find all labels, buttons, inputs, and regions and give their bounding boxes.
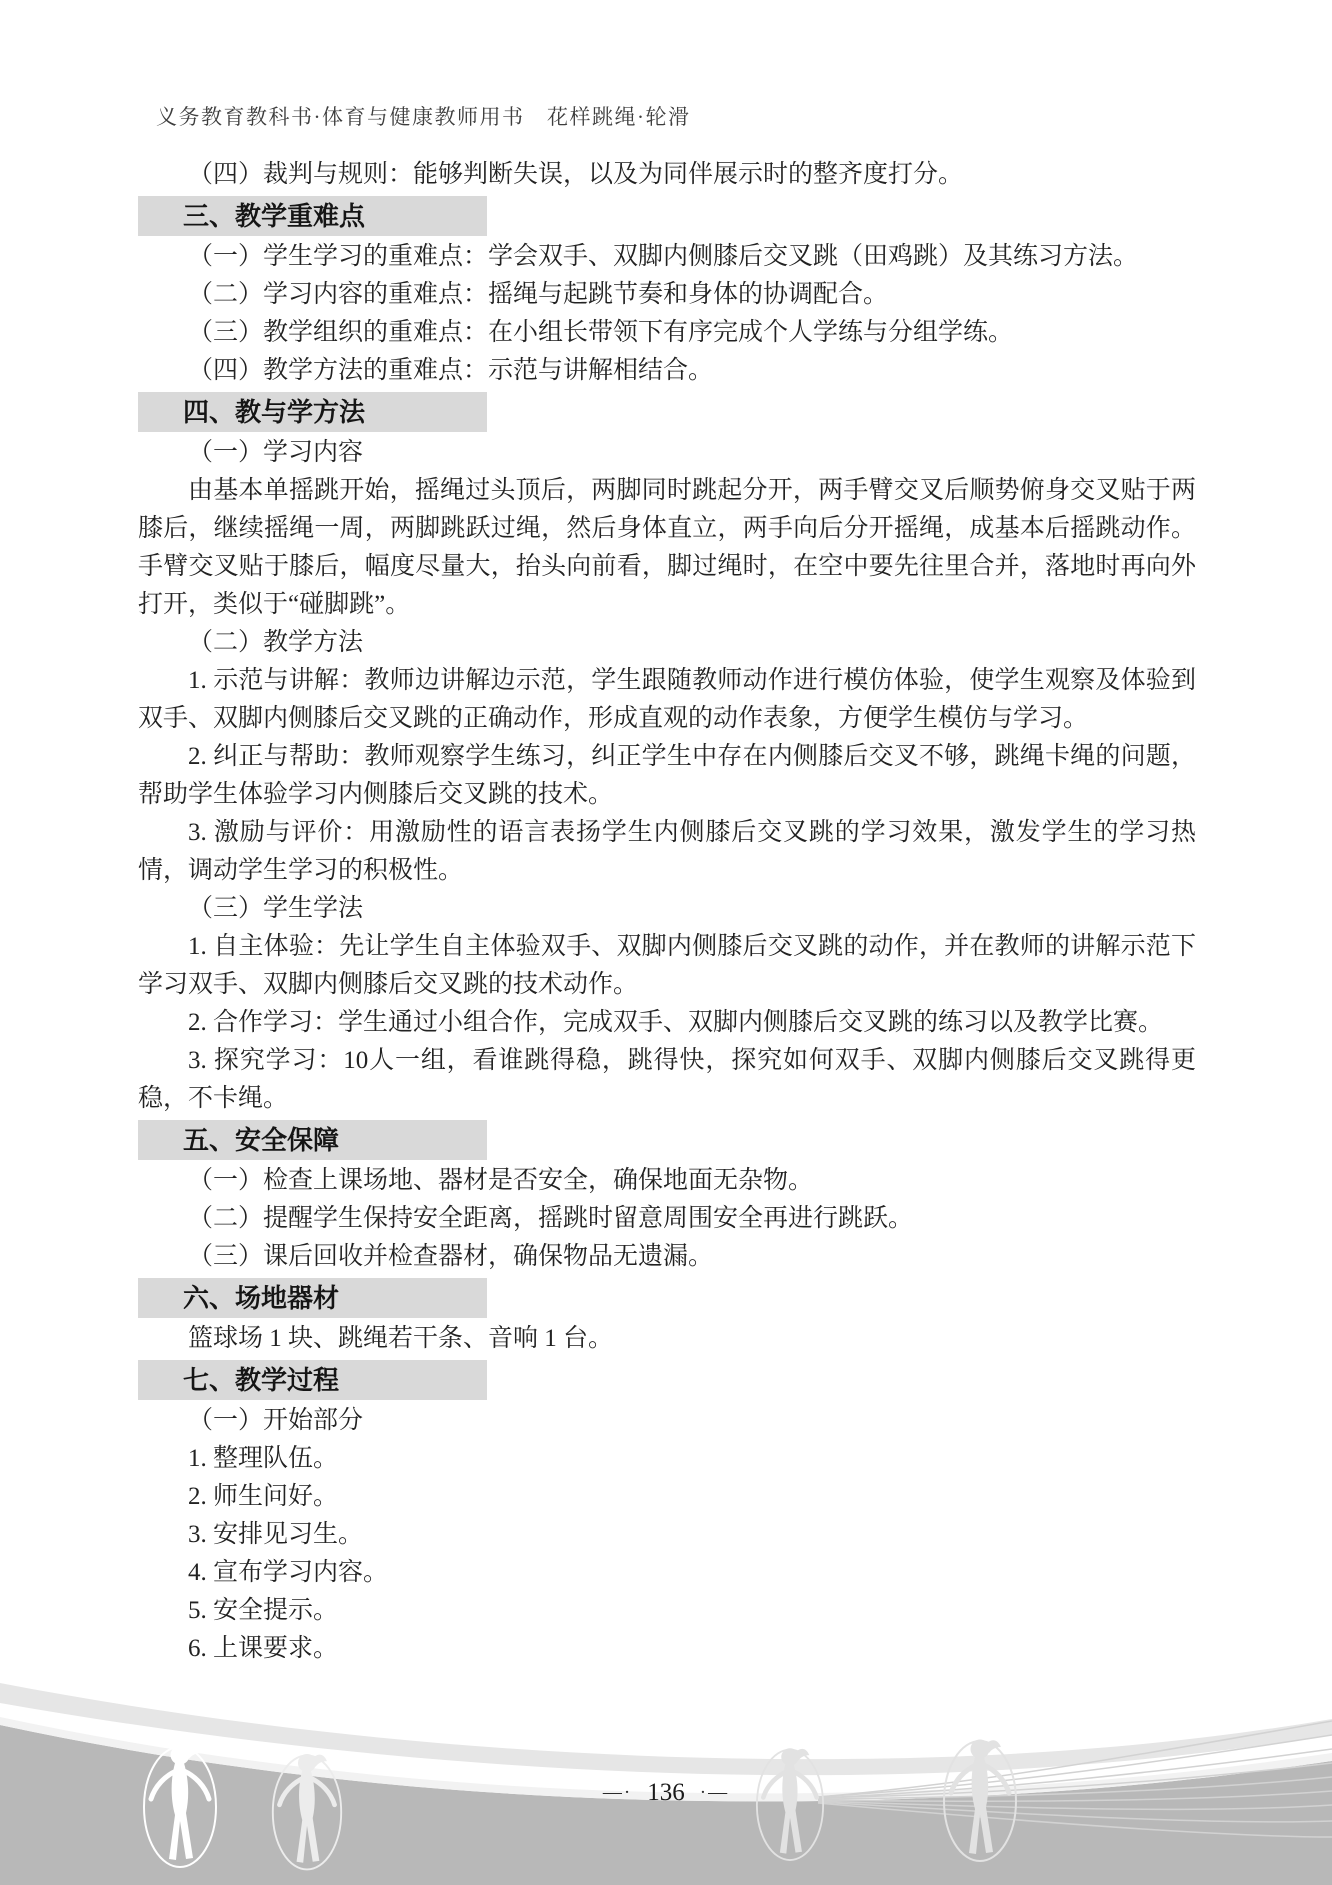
paragraph: 1. 整理队伍。	[138, 1440, 1196, 1478]
paragraph: 2. 合作学习：学生通过小组合作，完成双手、双脚内侧膝后交叉跳的练习以及教学比赛…	[138, 1004, 1196, 1042]
paragraph: 1. 自主体验：先让学生自主体验双手、双脚内侧膝后交叉跳的动作，并在教师的讲解示…	[138, 928, 1196, 1004]
footer-decoration	[0, 1665, 1332, 1885]
paragraph: 2. 纠正与帮助：教师观察学生练习，纠正学生中存在内侧膝后交叉不够，跳绳卡绳的问…	[138, 738, 1196, 814]
running-header: 义务教育教科书·体育与健康教师用书 花样跳绳·轮滑	[156, 101, 690, 131]
page-number-left-ornament: —·	[603, 1782, 632, 1803]
paragraph: （一）学习内容	[138, 434, 1196, 472]
paragraph: 4. 宣布学习内容。	[138, 1554, 1196, 1592]
page-content: （四）裁判与规则：能够判断失误，以及为同伴展示时的整齐度打分。 三、教学重难点 …	[138, 156, 1196, 1668]
paragraph: 6. 上课要求。	[138, 1630, 1196, 1668]
paragraph: （三）学生学法	[138, 890, 1196, 928]
paragraph: （一）检查上课场地、器材是否安全，确保地面无杂物。	[138, 1162, 1196, 1200]
section-heading-teaching-process: 七、教学过程	[138, 1360, 487, 1400]
section-heading-safety: 五、安全保障	[138, 1120, 487, 1160]
paragraph: 2. 师生问好。	[138, 1478, 1196, 1516]
paragraph: 3. 安排见习生。	[138, 1516, 1196, 1554]
paragraph: （一）开始部分	[138, 1402, 1196, 1440]
section-heading-teaching-methods: 四、教与学方法	[138, 392, 487, 432]
paragraph: （三）课后回收并检查器材，确保物品无遗漏。	[138, 1238, 1196, 1276]
paragraph: （三）教学组织的重难点：在小组长带领下有序完成个人学练与分组学练。	[138, 314, 1196, 352]
paragraph: （四）教学方法的重难点：示范与讲解相结合。	[138, 352, 1196, 390]
page-number: 136	[647, 1779, 685, 1806]
page-number-right-ornament: ·—	[700, 1782, 729, 1803]
paragraph: （二）提醒学生保持安全距离，摇跳时留意周围安全再进行跳跃。	[138, 1200, 1196, 1238]
paragraph: （一）学生学习的重难点：学会双手、双脚内侧膝后交叉跳（田鸡跳）及其练习方法。	[138, 238, 1196, 276]
paragraph: 由基本单摇跳开始，摇绳过头顶后，两脚同时跳起分开，两手臂交叉后顺势俯身交叉贴于两…	[138, 472, 1196, 624]
paragraph: （二）学习内容的重难点：摇绳与起跳节奏和身体的协调配合。	[138, 276, 1196, 314]
paragraph: 3. 探究学习：10人一组，看谁跳得稳，跳得快，探究如何双手、双脚内侧膝后交叉跳…	[138, 1042, 1196, 1118]
paragraph: 篮球场 1 块、跳绳若干条、音响 1 台。	[138, 1320, 1196, 1358]
paragraph: （二）教学方法	[138, 624, 1196, 662]
paragraph: 5. 安全提示。	[138, 1592, 1196, 1630]
section-heading-venue-equipment: 六、场地器材	[138, 1278, 487, 1318]
document-page: 义务教育教科书·体育与健康教师用书 花样跳绳·轮滑 （四）裁判与规则：能够判断失…	[0, 0, 1332, 1885]
page-footer: —·136·—	[0, 1779, 1332, 1807]
section-heading-teaching-key-points: 三、教学重难点	[138, 196, 487, 236]
paragraph: 3. 激励与评价：用激励性的语言表扬学生内侧膝后交叉跳的学习效果，激发学生的学习…	[138, 814, 1196, 890]
paragraph: 1. 示范与讲解：教师边讲解边示范，学生跟随教师动作进行模仿体验，使学生观察及体…	[138, 662, 1196, 738]
paragraph: （四）裁判与规则：能够判断失误，以及为同伴展示时的整齐度打分。	[138, 156, 1196, 194]
